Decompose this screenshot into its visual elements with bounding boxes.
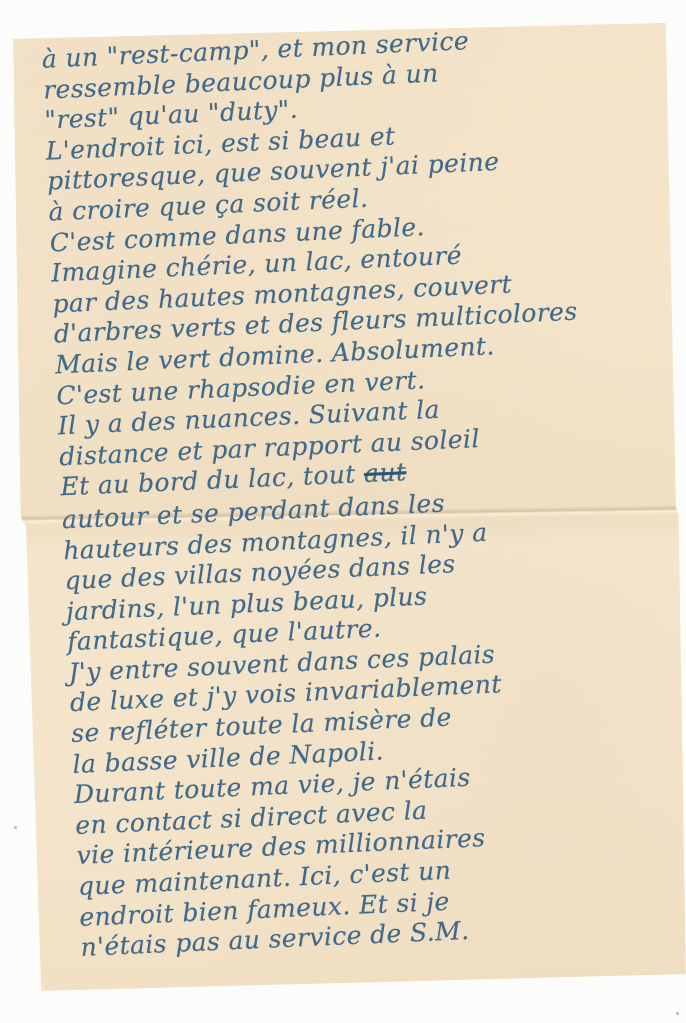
scan-speck	[676, 1012, 679, 1015]
letter-sheet: à un "rest-camp", et mon service ressemb…	[13, 23, 686, 991]
struck-out-word: aut	[363, 458, 406, 489]
handwritten-text: à un "rest-camp", et mon service ressemb…	[41, 18, 686, 964]
scan-speck	[14, 826, 17, 829]
scanned-page: à un "rest-camp", et mon service ressemb…	[0, 0, 686, 1023]
